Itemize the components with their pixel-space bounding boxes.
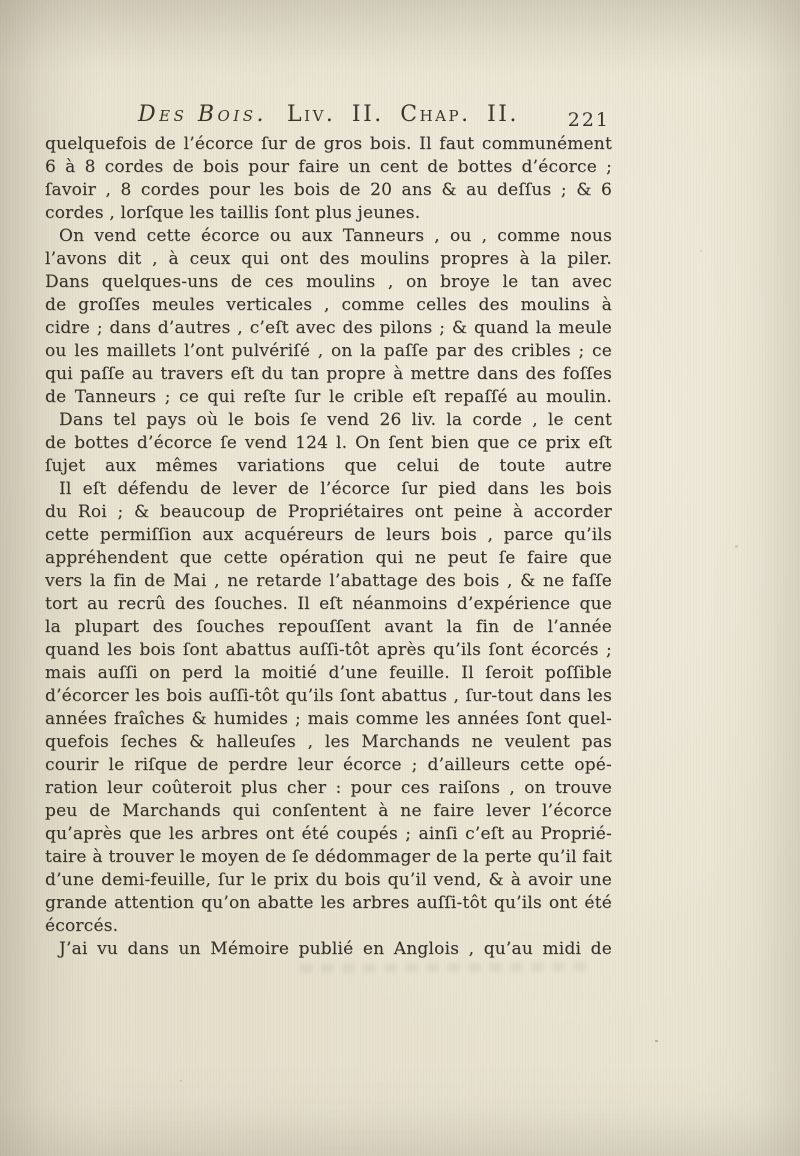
text-line: qui paſſe au travers eſt du tan propre à… xyxy=(45,363,612,386)
text-line: Dans quelques-uns de ces moulins , on br… xyxy=(45,271,612,294)
page-text: quelquefois de l’écorce ſur de gros bois… xyxy=(45,133,612,961)
text-line: cordes , lorſque les taillis ſont plus j… xyxy=(45,202,612,225)
text-line: d’écorcer les bois auſſi-tôt qu’ils ſont… xyxy=(45,685,612,708)
text-line: de Tanneurs ; ce qui reſte ſur le crible… xyxy=(45,386,612,409)
text-line: On vend cette écorce ou aux Tanneurs , o… xyxy=(45,225,612,248)
text-line: quelquefois de l’écorce ſur de gros bois… xyxy=(45,133,612,156)
text-line: vers la fin de Mai , ne retarde l’abatta… xyxy=(45,570,612,593)
text-line: courir le riſque de perdre leur écorce ;… xyxy=(45,754,612,777)
text-line: l’avons dit , à ceux qui ont des moulins… xyxy=(45,248,612,271)
text-line: Il eſt défendu de lever de l’écorce ſur … xyxy=(45,478,612,501)
text-line: taire à trouver le moyen de ſe dédommage… xyxy=(45,846,612,869)
page-number: 221 xyxy=(568,109,610,131)
text-line: années fraîches & humides ; mais comme l… xyxy=(45,708,612,731)
text-line: appréhendent que cette opération qui ne … xyxy=(45,547,612,570)
text-line: J’ai vu dans un Mémoire publié en Angloi… xyxy=(45,938,612,961)
text-line: quefois ſeches & halleuſes , les Marchan… xyxy=(45,731,612,754)
running-title: Des Bois.Liv. II. Chap. II. xyxy=(138,102,519,127)
paper-speck xyxy=(700,250,702,252)
text-line: 6 à 8 cordes de bois pour faire un cent … xyxy=(45,156,612,179)
text-line: tort au recrû des ſouches. Il eſt néanmo… xyxy=(45,593,612,616)
text-line: peu de Marchands qui conſentent à ne fai… xyxy=(45,800,612,823)
text-line: de groſſes meules verticales , comme cel… xyxy=(45,294,612,317)
text-line: cidre ; dans d’autres , c’eſt avec des p… xyxy=(45,317,612,340)
text-line: ſujet aux mêmes variations que celui de … xyxy=(45,455,612,478)
text-line: d’une demi-feuille, ſur le prix du bois … xyxy=(45,869,612,892)
paper-speck xyxy=(655,1040,658,1042)
text-line: qu’après que les arbres ont été coupés ;… xyxy=(45,823,612,846)
paper-speck xyxy=(735,545,738,548)
text-line: ſavoir , 8 cordes pour les bois de 20 an… xyxy=(45,179,612,202)
text-line: du Roi ; & beaucoup de Propriétaires ont… xyxy=(45,501,612,524)
chapter-reference: Liv. II. Chap. II. xyxy=(287,102,519,127)
text-line: Dans tel pays où le bois ſe vend 26 liv.… xyxy=(45,409,612,432)
text-line: écorcés. xyxy=(45,915,612,938)
book-title: Des Bois. xyxy=(138,102,267,127)
text-line: mais auſſi on perd la moitié d’une feuil… xyxy=(45,662,612,685)
book-page-scan: Des Bois.Liv. II. Chap. II. 221 quelquef… xyxy=(0,0,800,1156)
ink-bleedthrough xyxy=(300,962,590,973)
text-line: la plupart des ſouches repouſſent avant … xyxy=(45,616,612,639)
text-line: ration leur coûteroit plus cher : pour c… xyxy=(45,777,612,800)
running-header: Des Bois.Liv. II. Chap. II. 221 xyxy=(45,102,612,132)
text-line: ou les maillets l’ont pulvériſé , on la … xyxy=(45,340,612,363)
paper-speck xyxy=(180,1080,182,1082)
text-line: quand les bois ſont abattus auſſi-tôt ap… xyxy=(45,639,612,662)
text-line: grande attention qu’on abatte les arbres… xyxy=(45,892,612,915)
text-line: cette permiſſion aux acquéreurs de leurs… xyxy=(45,524,612,547)
text-line: de bottes d’écorce ſe vend 124 l. On ſen… xyxy=(45,432,612,455)
